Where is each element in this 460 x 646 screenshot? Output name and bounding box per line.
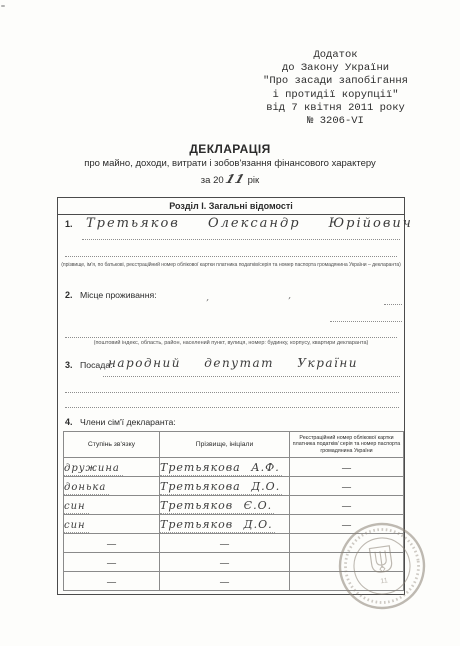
id-dash: — [342,501,352,512]
name-handwritten: Третьякова А.Ф. [160,461,282,476]
section1-header: Розділ I. Загальні відомості [58,198,404,215]
faint-pen-mark: ’ [206,299,209,309]
annex-line: "Про засади запобігання [233,75,438,88]
declaration-year-line: за 20 11 рік [0,172,460,186]
empty-dash: — [107,577,117,588]
short-dash-line [384,304,402,305]
col-header-relation: Ступінь зв'язку [64,432,160,458]
empty-dash: — [220,577,230,588]
declaration-scan-page: Додаток до Закону України "Про засади за… [0,0,460,646]
write-line [82,239,400,240]
year-prefix: за 20 [201,175,224,186]
item4-label: Члени сім'ї декларанта: [80,417,176,427]
name-handwritten: Третьякова Д.О. [160,480,282,495]
document-title-block: ДЕКЛАРАЦІЯ про майно, доходи, витрати і … [0,142,460,186]
write-line [65,392,399,393]
round-stamp: 11 [330,514,434,618]
short-dash-line [330,321,402,322]
stamp-number: 11 [380,577,388,585]
write-line [65,256,397,257]
id-dash: — [342,482,352,493]
page-subtitle: про майно, доходи, витрати і зобов'язанн… [0,158,460,169]
write-line [103,376,400,377]
write-line [65,407,399,408]
col-header-taxid: Реєстраційний номер облікової картки пла… [290,432,404,458]
item2-number: 2. [65,290,73,300]
scan-artifact [1,5,5,7]
empty-dash: — [107,539,117,550]
relation-handwritten: донька [64,482,109,495]
position-handwritten: народний депутат України [108,356,358,370]
item1-number: 1. [65,219,73,229]
table-row: дружина Третьякова А.Ф. — [64,458,404,477]
empty-dash: — [107,558,117,569]
name-handwritten: Третьяков Д.О. [160,518,275,533]
relation-handwritten: син [64,520,89,533]
table-row: син Третьяков Є.О. — [64,496,404,515]
year-handwritten-value: 11 [224,172,247,186]
item3-number: 3. [65,360,73,370]
name-handwritten: Третьяков Є.О. [160,499,274,514]
stamp-graphic: 11 [330,514,434,618]
item2-caption: (поштовий індекс, область, район, населе… [58,340,404,346]
write-line [65,337,397,338]
relation-handwritten: син [64,501,89,514]
relation-handwritten: дружина [64,463,123,476]
annex-line: № 3206-VI [233,115,438,128]
empty-dash: — [220,539,230,550]
item4-number: 4. [65,417,73,427]
annex-line: і протидії корупції" [233,89,438,102]
item2-label: Місце проживання: [80,290,157,300]
annex-line: від 7 квітня 2011 року [233,102,438,115]
table-header-row: Ступінь зв'язку Прізвище, ініціали Реєст… [64,432,404,458]
year-suffix: рік [248,175,260,186]
faint-pen-mark: ’ [288,297,291,307]
col-header-name: Прізвище, ініціали [160,432,290,458]
table-row: донька Третьякова Д.О. — [64,477,404,496]
id-dash: — [342,463,352,474]
annex-line: Додаток [233,49,438,62]
annex-line: до Закону України [233,62,438,75]
item1-caption: (прізвище, ім'я, по батькові, реєстрацій… [58,262,404,268]
law-annex-reference: Додаток до Закону України "Про засади за… [233,49,438,128]
page-title: ДЕКЛАРАЦІЯ [0,142,460,156]
declarant-name-handwritten: Третьяков Олександр Юрійович [86,216,413,231]
empty-dash: — [220,558,230,569]
